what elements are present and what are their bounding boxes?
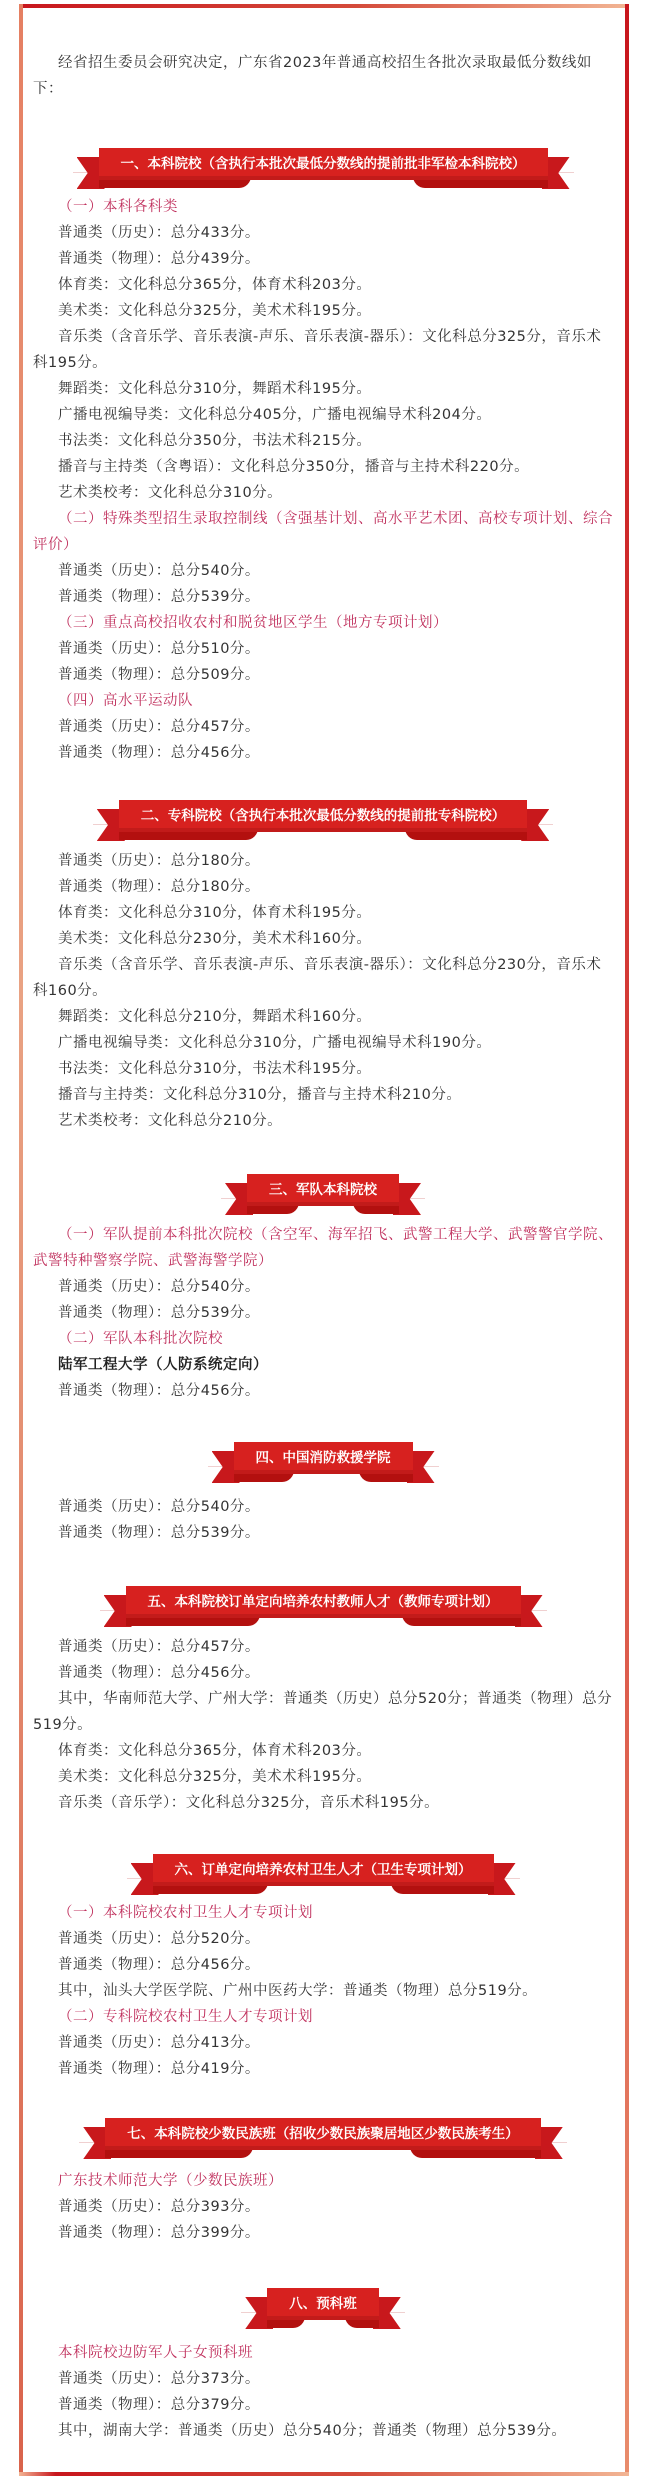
score-line: 普通类（物理）：总分456分。	[33, 740, 613, 766]
section-title: 一、本科院校（含执行本批次最低分数线的提前批非军检本科院校）	[99, 148, 548, 180]
score-line: 音乐类（音乐学）：文化科总分325分，音乐术科195分。	[33, 1790, 613, 1816]
score-line: 舞蹈类：文化科总分210分，舞蹈术科160分。	[33, 1004, 613, 1030]
section-banner-1: 一、本科院校（含执行本批次最低分数线的提前批非军检本科院校）	[33, 148, 613, 188]
score-line: 普通类（历史）：总分540分。	[33, 1494, 613, 1520]
section-banner-6: 六、订单定向培养农村卫生人才（卫生专项计划）	[33, 1854, 613, 1894]
score-line: 音乐类（含音乐学、音乐表演-声乐、音乐表演-器乐）：文化科总分230分，音乐术科…	[33, 952, 613, 1004]
score-line: 艺术类校考：文化科总分210分。	[33, 1108, 613, 1134]
intro-paragraph: 经省招生委员会研究决定，广东省2023年普通高校招生各批次录取最低分数线如下：	[33, 50, 613, 102]
score-line: 艺术类校考：文化科总分310分。	[33, 480, 613, 506]
score-line: 书法类：文化科总分310分，书法术科195分。	[33, 1056, 613, 1082]
score-line: 普通类（历史）：总分180分。	[33, 848, 613, 874]
score-line: 普通类（物理）：总分456分。	[33, 1660, 613, 1686]
score-line: 美术类：文化科总分325分，美术术科195分。	[33, 298, 613, 324]
score-line: 普通类（历史）：总分433分。	[33, 220, 613, 246]
score-line: 舞蹈类：文化科总分310分，舞蹈术科195分。	[33, 376, 613, 402]
score-line: 体育类：文化科总分365分，体育术科203分。	[33, 1738, 613, 1764]
section-banner-4: 四、中国消防救援学院	[33, 1442, 613, 1482]
score-line: 其中，湖南大学：普通类（历史）总分540分；普通类（物理）总分539分。	[33, 2418, 613, 2444]
subheading: （二）特殊类型招生录取控制线（含强基计划、高水平艺术团、高校专项计划、综合评价）	[33, 506, 613, 558]
section-title: 七、本科院校少数民族班（招收少数民族聚居地区少数民族考生）	[105, 2118, 541, 2150]
section-banner-5: 五、本科院校订单定向培养农村教师人才（教师专项计划）	[33, 1586, 613, 1626]
section-banner-3: 三、军队本科院校	[33, 1174, 613, 1214]
section-title: 八、预科班	[267, 2288, 379, 2320]
score-line: 美术类：文化科总分230分，美术术科160分。	[33, 926, 613, 952]
frame-border-bottom	[19, 2472, 629, 2476]
subheading: （四）高水平运动队	[33, 688, 613, 714]
score-line: 普通类（历史）：总分520分。	[33, 1926, 613, 1952]
score-line: 其中，华南师范大学、广州大学：普通类（历史）总分520分；普通类（物理）总分51…	[33, 1686, 613, 1738]
score-line: 普通类（物理）：总分419分。	[33, 2056, 613, 2082]
school-name: 陆军工程大学（人防系统定向）	[33, 1352, 613, 1378]
section-title: 四、中国消防救援学院	[234, 1442, 413, 1474]
score-line: 书法类：文化科总分350分，书法术科215分。	[33, 428, 613, 454]
score-line: 美术类：文化科总分325分，美术术科195分。	[33, 1764, 613, 1790]
section-banner-8: 八、预科班	[33, 2288, 613, 2328]
score-line: 普通类（物理）：总分456分。	[33, 1378, 613, 1404]
subheading: 广东技术师范大学（少数民族班）	[33, 2168, 613, 2194]
subheading: （二）军队本科批次院校	[33, 1326, 613, 1352]
score-line: 其中，汕头大学医学院、广州中医药大学：普通类（物理）总分519分。	[33, 1978, 613, 2004]
score-line: 广播电视编导类：文化科总分405分，广播电视编导术科204分。	[33, 402, 613, 428]
score-line: 普通类（物理）：总分439分。	[33, 246, 613, 272]
score-line: 音乐类（含音乐学、音乐表演-声乐、音乐表演-器乐）：文化科总分325分，音乐术科…	[33, 324, 613, 376]
subheading: （一）本科各科类	[33, 194, 613, 220]
score-line: 普通类（历史）：总分413分。	[33, 2030, 613, 2056]
score-line: 普通类（历史）：总分540分。	[33, 558, 613, 584]
score-line: 播音与主持类（含粤语）：文化科总分350分，播音与主持术科220分。	[33, 454, 613, 480]
subheading: 本科院校边防军人子女预科班	[33, 2340, 613, 2366]
section-banner-2: 二、专科院校（含执行本批次最低分数线的提前批专科院校）	[33, 800, 613, 840]
subheading: （二）专科院校农村卫生人才专项计划	[33, 2004, 613, 2030]
score-line: 普通类（物理）：总分509分。	[33, 662, 613, 688]
subheading: （一）军队提前本科批次院校（含空军、海军招飞、武警工程大学、武警警官学院、武警特…	[33, 1222, 613, 1274]
score-line: 普通类（物理）：总分379分。	[33, 2392, 613, 2418]
score-line: 普通类（历史）：总分393分。	[33, 2194, 613, 2220]
section-title: 五、本科院校订单定向培养农村教师人才（教师专项计划）	[126, 1586, 521, 1618]
score-line: 普通类（物理）：总分399分。	[33, 2220, 613, 2246]
frame-border-right	[625, 4, 629, 2476]
article-content: 经省招生委员会研究决定，广东省2023年普通高校招生各批次录取最低分数线如下： …	[33, 0, 613, 2444]
score-line: 普通类（物理）：总分539分。	[33, 584, 613, 610]
section-banner-7: 七、本科院校少数民族班（招收少数民族聚居地区少数民族考生）	[33, 2118, 613, 2158]
subheading: （一）本科院校农村卫生人才专项计划	[33, 1900, 613, 1926]
score-line: 普通类（物理）：总分180分。	[33, 874, 613, 900]
score-line: 普通类（物理）：总分456分。	[33, 1952, 613, 1978]
score-line: 普通类（物理）：总分539分。	[33, 1300, 613, 1326]
score-line: 普通类（历史）：总分457分。	[33, 1634, 613, 1660]
score-line: 播音与主持类：文化科总分310分，播音与主持术科210分。	[33, 1082, 613, 1108]
frame-border-left	[19, 4, 23, 2476]
score-line: 普通类（历史）：总分373分。	[33, 2366, 613, 2392]
subheading: （三）重点高校招收农村和脱贫地区学生（地方专项计划）	[33, 610, 613, 636]
score-line: 体育类：文化科总分310分，体育术科195分。	[33, 900, 613, 926]
score-line: 普通类（历史）：总分540分。	[33, 1274, 613, 1300]
score-line: 普通类（历史）：总分457分。	[33, 714, 613, 740]
section-title: 三、军队本科院校	[247, 1174, 399, 1206]
score-line: 普通类（历史）：总分510分。	[33, 636, 613, 662]
score-line: 普通类（物理）：总分539分。	[33, 1520, 613, 1546]
section-title: 六、订单定向培养农村卫生人才（卫生专项计划）	[153, 1854, 494, 1886]
score-line: 体育类：文化科总分365分，体育术科203分。	[33, 272, 613, 298]
score-line: 广播电视编导类：文化科总分310分，广播电视编导术科190分。	[33, 1030, 613, 1056]
section-title: 二、专科院校（含执行本批次最低分数线的提前批专科院校）	[119, 800, 528, 832]
